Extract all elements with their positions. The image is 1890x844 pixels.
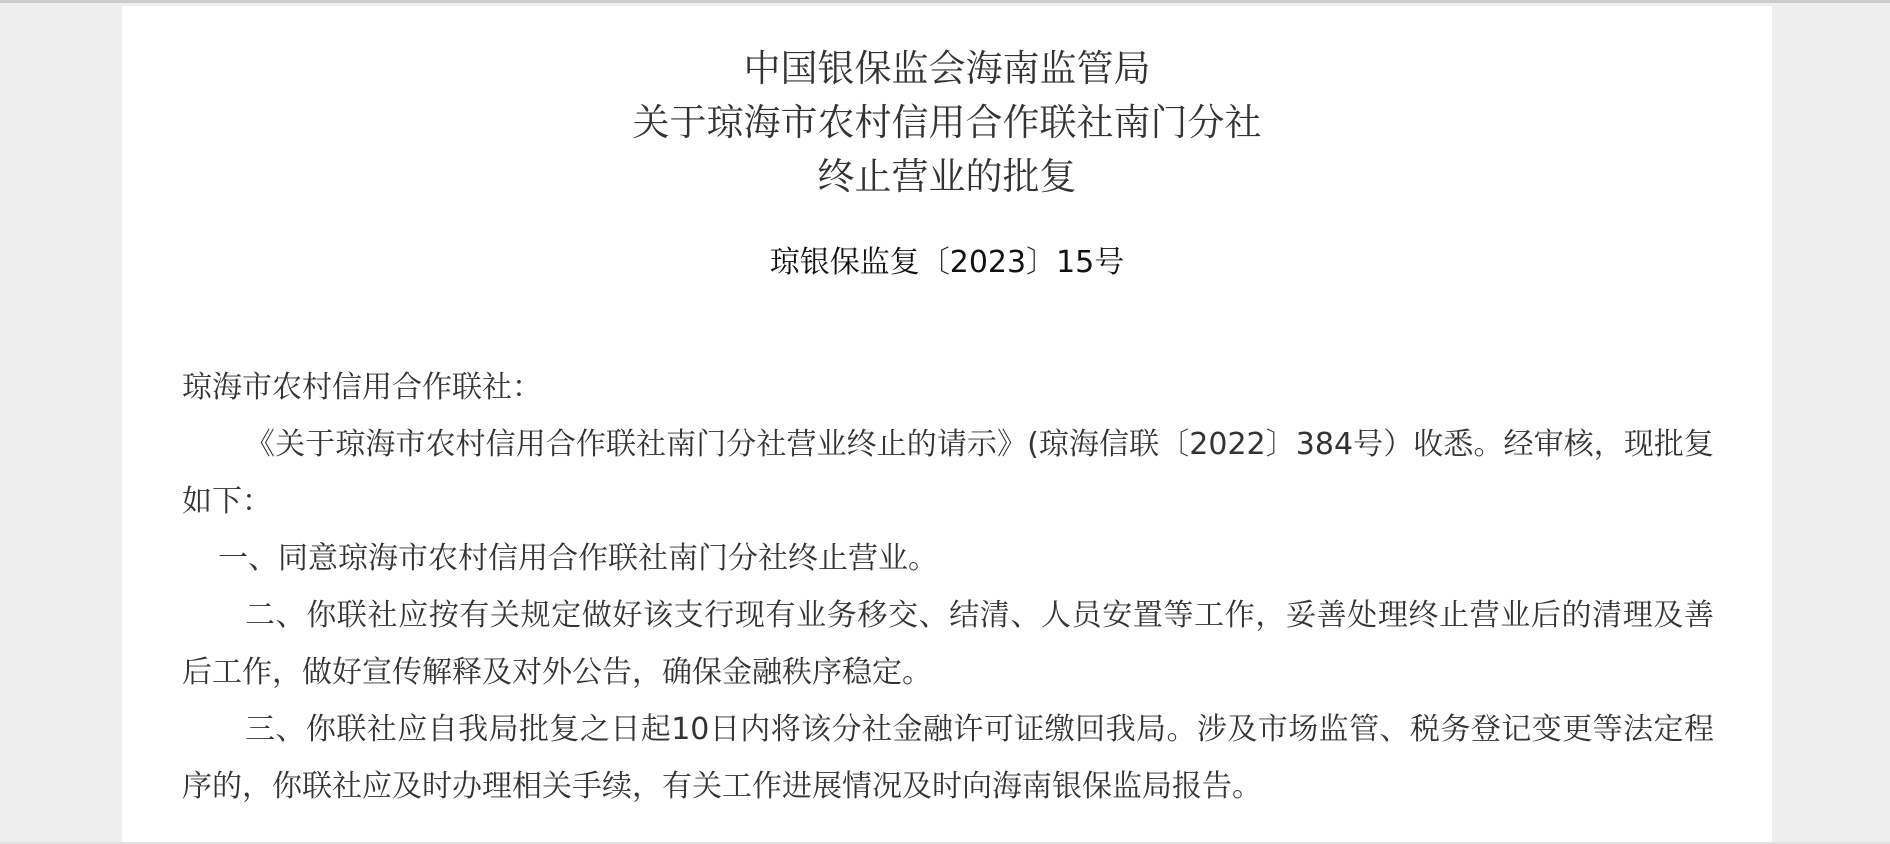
document-page: 中国银保监会海南监管局 关于琼海市农村信用合作联社南门分社 终止营业的批复 琼银… [122,6,1772,844]
paragraph-intro: 《关于琼海市农村信用合作联社南门分社营业终止的请示》(琼海信联〔2022〕384… [182,416,1714,530]
paragraph-item-1: 一、同意琼海市农村信用合作联社南门分社终止营业。 [182,530,1714,587]
document-title: 中国银保监会海南监管局 关于琼海市农村信用合作联社南门分社 终止营业的批复 [122,42,1772,204]
title-issuer: 中国银保监会海南监管局 [122,42,1772,96]
paragraph-item-2: 二、你联社应按有关规定做好该支行现有业务移交、结清、人员安置等工作，妥善处理终止… [182,587,1714,701]
document-body: 琼海市农村信用合作联社： 《关于琼海市农村信用合作联社南门分社营业终止的请示》(… [182,359,1714,815]
title-subject-continued: 终止营业的批复 [122,150,1772,204]
paragraph-item-3: 三、你联社应自我局批复之日起10日内将该分社金融许可证缴回我局。涉及市场监管、税… [182,701,1714,815]
document-number: 琼银保监复〔2023〕15号 [122,243,1772,283]
title-subject: 关于琼海市农村信用合作联社南门分社 [122,96,1772,150]
addressee: 琼海市农村信用合作联社： [182,359,1714,416]
